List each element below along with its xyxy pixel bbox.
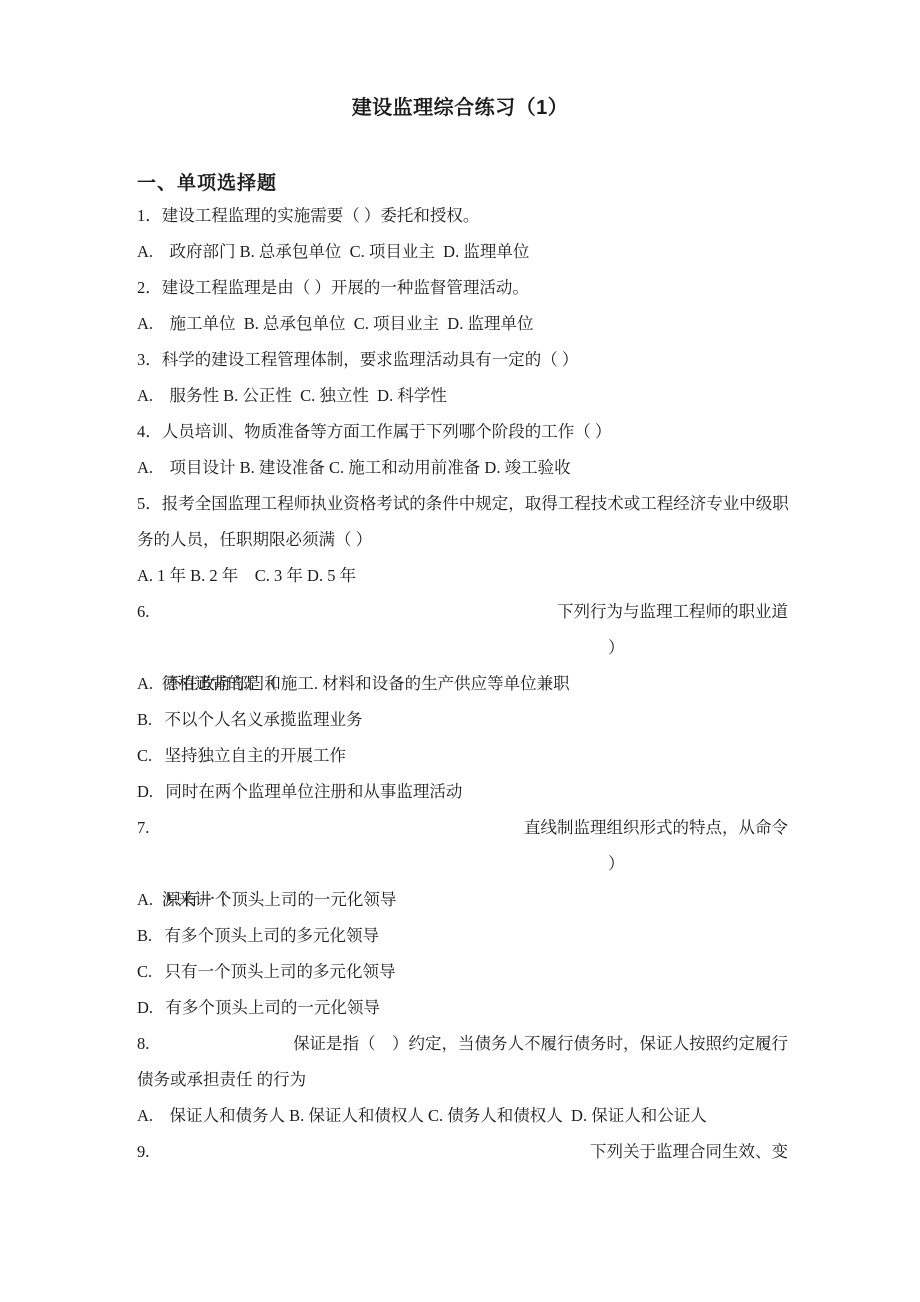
q6-text: 下列行为与监理工程师的职业道 [557, 594, 788, 630]
q2-text: 2．建设工程监理是由（ ）开展的一种监督管理活动。 [137, 270, 788, 306]
q5-options: A. 1 年 B. 2 年 C. 3 年 D. 5 年 [137, 558, 788, 594]
q7-option-b: B. 有多个顶头上司的多元化领导 [137, 918, 788, 954]
q8-line1: 8. 保证是指（ ）约定，当债务人不履行债务时，保证人按照约定履行 [137, 1026, 788, 1062]
q9-text: 下列关于监理合同生效、变 [590, 1134, 788, 1170]
q6-text-continued: 德相违背的是（ [162, 674, 278, 693]
q7-option-a: A. 只有一个顶头上司的一元化领导 [137, 882, 788, 918]
q7-line2: 源来讲（ ） [137, 846, 788, 882]
q7-line1: 7. 直线制监理组织形式的特点，从命令 [137, 810, 788, 846]
document-page: 建设监理综合练习（1） 一、单项选择题 1．建设工程监理的实施需要（ ）委托和授… [0, 0, 920, 1302]
q8-text: 保证是指（ ）约定，当债务人不履行债务时，保证人按照约定履行 [293, 1026, 788, 1062]
q6-close-paren: ） [608, 630, 625, 666]
doc-title: 建设监理综合练习（1） [0, 93, 920, 123]
q7-option-c: C. 只有一个顶头上司的多元化领导 [137, 954, 788, 990]
q8-number: 8. [137, 1026, 149, 1062]
q6-line1: 6. 下列行为与监理工程师的职业道 [137, 594, 788, 630]
q9-line1: 9. 下列关于监理合同生效、变 [137, 1134, 788, 1170]
q4-options: A. 项目设计 B. 建设准备 C. 施工和动用前准备 D. 竣工验收 [137, 450, 788, 486]
q4-text: 4．人员培训、物质准备等方面工作属于下列哪个阶段的工作（ ） [137, 414, 788, 450]
q1-text: 1．建设工程监理的实施需要（ ）委托和授权。 [137, 198, 788, 234]
q2-options: A. 施工单位 B. 总承包单位 C. 项目业主 D. 监理单位 [137, 306, 788, 342]
q1-options: A. 政府部门 B. 总承包单位 C. 项目业主 D. 监理单位 [137, 234, 788, 270]
q6-option-d: D. 同时在两个监理单位注册和从事监理活动 [137, 774, 788, 810]
q5-text-line1: 5．报考全国监理工程师执业资格考试的条件中规定，取得工程技术或工程经济专业中级职 [137, 486, 788, 522]
q7-option-d: D. 有多个顶头上司的一元化领导 [137, 990, 788, 1026]
document-body: 1．建设工程监理的实施需要（ ）委托和授权。 A. 政府部门 B. 总承包单位 … [137, 198, 788, 1170]
q6-line2: 德相违背的是（ ） [137, 630, 788, 666]
q3-options: A. 服务性 B. 公正性 C. 独立性 D. 科学性 [137, 378, 788, 414]
q7-close-paren: ） [608, 846, 625, 882]
q7-number: 7. [137, 810, 149, 846]
q8-text-line2: 债务或承担责任 的行为 [137, 1062, 788, 1098]
q7-text: 直线制监理组织形式的特点，从命令 [524, 810, 788, 846]
q9-number: 9. [137, 1134, 149, 1170]
q6-option-c: C. 坚持独立自主的开展工作 [137, 738, 788, 774]
q6-option-b: B. 不以个人名义承揽监理业务 [137, 702, 788, 738]
section-heading: 一、单项选择题 [137, 171, 277, 197]
q3-text: 3．科学的建设工程管理体制，要求监理活动具有一定的（ ） [137, 342, 788, 378]
q8-options: A. 保证人和债务人 B. 保证人和债权人 C. 债务人和债权人 D. 保证人和… [137, 1098, 788, 1134]
q5-text-line2: 务的人员，任职期限必须满（ ） [137, 522, 788, 558]
q7-text-continued: 源来讲（ [162, 890, 228, 909]
q6-number: 6. [137, 594, 149, 630]
